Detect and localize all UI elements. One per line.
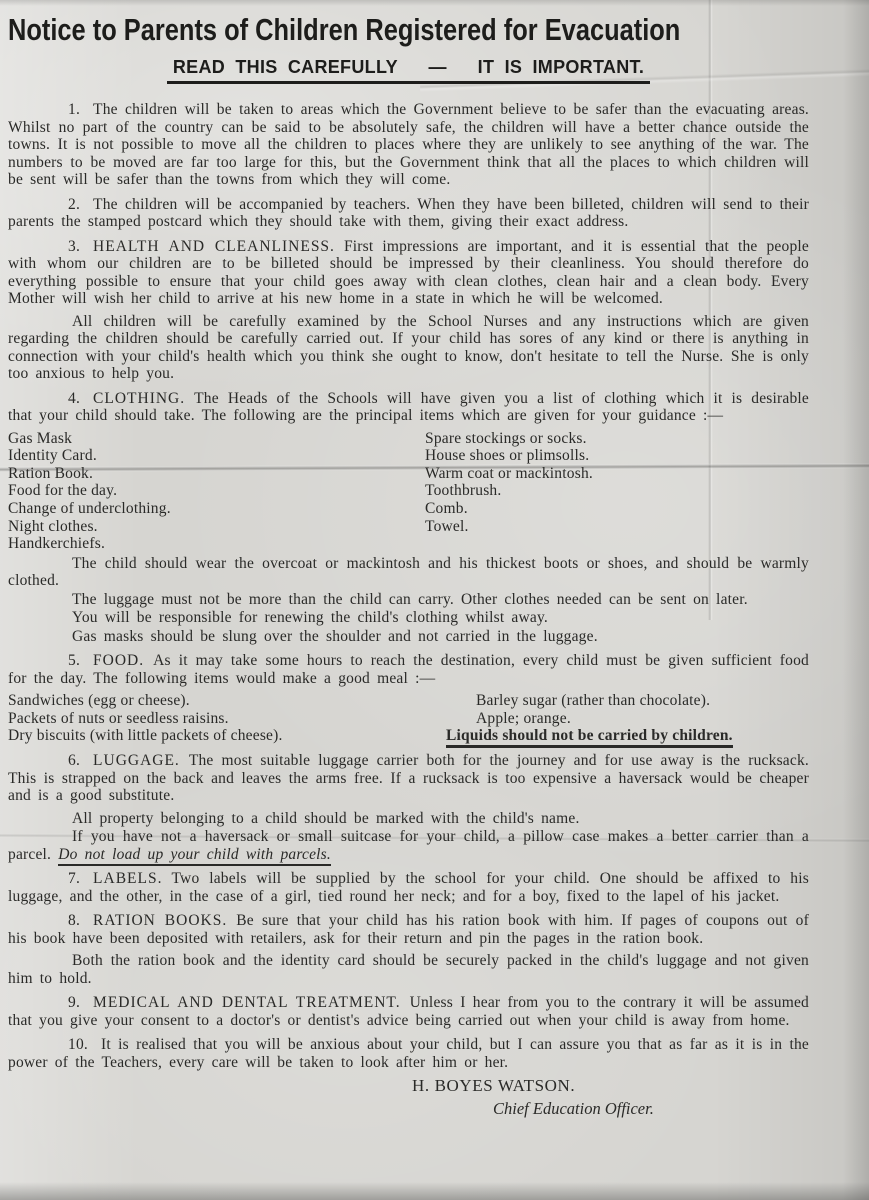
section-heading: FOOD. [93, 652, 153, 669]
subtitle-heading: READ THIS CAREFULLY — IT IS IMPORTANT. [167, 57, 650, 84]
food-list: Sandwiches (egg or cheese). Packets of n… [8, 692, 809, 745]
list-item: Warm coat or mackintosh. [425, 465, 593, 483]
paragraph-text: It is realised that you will be anxious … [8, 1036, 809, 1071]
list-item: Change of underclothing. [8, 500, 809, 518]
paragraph-number: 6. [68, 752, 93, 769]
bottom-edge-shadow [0, 1182, 869, 1200]
paragraph-number: 7. [68, 870, 93, 887]
section-heading: HEALTH AND CLEANLINESS. [93, 238, 344, 255]
signature-role: Chief Education Officer. [493, 1099, 809, 1119]
section-heading: LABELS. [93, 870, 171, 887]
section-heading: MEDICAL AND DENTAL TREATMENT. [93, 994, 410, 1011]
parcels-warning: Do not load up your child with parcels. [58, 846, 331, 866]
food-list-right-column: Barley sugar (rather than chocolate). Ap… [476, 692, 733, 745]
paragraph-8-ration-books: 8.RATION BOOKS.Be sure that your child h… [8, 912, 809, 947]
paragraph-text: The child should wear the overcoat or ma… [8, 555, 809, 590]
paragraph-number: 10. [68, 1036, 101, 1053]
paragraph-text: All children will be carefully examined … [8, 313, 809, 383]
list-item: Handkerchiefs. [8, 535, 809, 553]
list-item: Spare stockings or socks. [425, 430, 593, 448]
luggage-note-2: If you have not a haversack or small sui… [8, 828, 809, 863]
signature-block: H. BOYES WATSON. Chief Education Officer… [8, 1076, 809, 1119]
paragraph-3-health-and-cleanliness: 3.HEALTH AND CLEANLINESS.First impressio… [8, 238, 809, 308]
paragraph-number: 5. [68, 652, 93, 669]
paragraph-2: 2.The children will be accompanied by te… [8, 196, 809, 231]
clothing-list-right-column: Spare stockings or socks. House shoes or… [425, 430, 593, 536]
clothing-note-4: Gas masks should be slung over the shoul… [8, 628, 809, 646]
section-heading: CLOTHING. [93, 390, 194, 407]
subtitle-row: READ THIS CAREFULLY — IT IS IMPORTANT. [8, 57, 809, 84]
liquids-warning: Liquids should not be carried by childre… [446, 727, 733, 745]
list-item: Comb. [425, 500, 593, 518]
list-item: Barley sugar (rather than chocolate). [476, 692, 733, 710]
list-item: Identity Card. [8, 447, 809, 465]
list-item: Gas Mask [8, 430, 809, 448]
signature-name: H. BOYES WATSON. [412, 1076, 809, 1096]
paragraph-text: The children will be taken to areas whic… [8, 101, 809, 188]
paragraph-number: 1. [68, 101, 93, 118]
list-item: Toothbrush. [425, 482, 593, 500]
section-heading: LUGGAGE. [93, 752, 189, 769]
paragraph-text: All property belonging to a child should… [72, 810, 580, 827]
paragraph-text: You will be responsible for renewing the… [72, 609, 548, 626]
list-item: House shoes or plimsolls. [425, 447, 593, 465]
paragraph-text: The luggage must not be more than the ch… [72, 591, 748, 608]
clothing-note-2: The luggage must not be more than the ch… [8, 591, 809, 609]
ration-books-note: Both the ration book and the identity ca… [8, 952, 809, 987]
paragraph-number: 9. [68, 994, 93, 1011]
list-item: Food for the day. [8, 482, 809, 500]
paragraph-text: The children will be accompanied by teac… [8, 196, 809, 231]
paragraph-10: 10.It is realised that you will be anxio… [8, 1036, 809, 1071]
paragraph-9-medical-dental: 9.MEDICAL AND DENTAL TREATMENT.Unless I … [8, 994, 809, 1029]
paragraph-text: Gas masks should be slung over the shoul… [72, 628, 598, 645]
document-content: Notice to Parents of Children Registered… [8, 0, 809, 1119]
paragraph-number: 2. [68, 196, 93, 213]
paragraph-7-labels: 7.LABELS.Two labels will be supplied by … [8, 870, 809, 905]
list-item: Apple; orange. [476, 710, 733, 728]
paragraph-number: 8. [68, 912, 93, 929]
clothing-list-left-column: Gas Mask Identity Card. Ration Book. Foo… [8, 430, 809, 553]
paragraph-4-clothing: 4.CLOTHING.The Heads of the Schools will… [8, 390, 809, 425]
paragraph-6-luggage: 6.LUGGAGE.The most suitable luggage carr… [8, 752, 809, 805]
list-item: Towel. [425, 518, 593, 536]
clothing-note-1: The child should wear the overcoat or ma… [8, 555, 809, 590]
paragraph-number: 4. [68, 390, 93, 407]
page-title: Notice to Parents of Children Registered… [8, 13, 665, 47]
paragraph-text: Both the ration book and the identity ca… [8, 952, 809, 987]
luggage-note-1: All property belonging to a child should… [8, 810, 809, 828]
section-heading: RATION BOOKS. [93, 912, 236, 929]
clothing-list: Gas Mask Identity Card. Ration Book. Foo… [8, 430, 809, 553]
list-item: Ration Book. [8, 465, 809, 483]
document-page: Notice to Parents of Children Registered… [0, 0, 869, 1200]
paragraph-5-food: 5.FOOD.As it may take some hours to reac… [8, 652, 809, 687]
paragraph-3-continued: All children will be carefully examined … [8, 313, 809, 383]
right-edge-shadow [843, 0, 869, 1200]
paragraph-number: 3. [68, 238, 93, 255]
list-item: Night clothes. [8, 518, 809, 536]
clothing-note-3: You will be responsible for renewing the… [8, 609, 809, 627]
paragraph-1: 1.The children will be taken to areas wh… [8, 101, 809, 189]
